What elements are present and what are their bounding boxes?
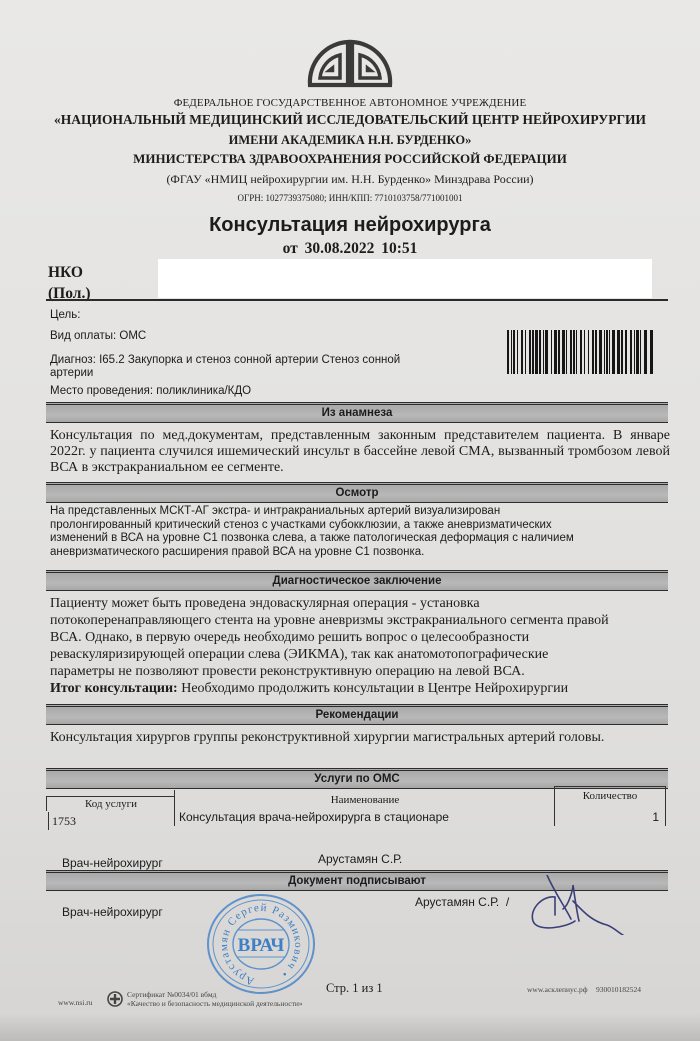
service-qty: 1	[554, 808, 666, 826]
divider	[46, 299, 668, 301]
section-header-conclusion: Диагностическое заключение	[46, 570, 668, 591]
date-prefix: от	[283, 240, 298, 257]
patient-label: НКО (Пол.)	[48, 262, 91, 304]
certificate-line-2: «Качество и безопасность медицинской дея…	[127, 999, 303, 1008]
svg-text:ВРАЧ: ВРАЧ	[238, 935, 285, 956]
place-field: Место проведения: поликлиника/КДО	[50, 385, 251, 398]
result-label: Итог консультации:	[50, 681, 178, 696]
signer-role: Врач-нейрохирург	[62, 905, 163, 919]
document-title: Консультация нейрохирурга	[0, 214, 700, 237]
signer-name: Арустамян С.Р. /	[415, 895, 509, 909]
barcode-icon	[505, 330, 655, 374]
footer-site-left: www.nsi.ru	[58, 998, 93, 1007]
column-header-qty: Количество	[554, 786, 666, 809]
exam-line: аневризматического расширения правой ВСА…	[50, 546, 670, 560]
conclusion-line: Пациенту может быть проведена эндоваскул…	[50, 595, 670, 612]
service-name: Консультация врача-нейрохирурга в стацио…	[174, 808, 555, 826]
column-header-name: Наименование	[174, 790, 555, 808]
date-value: 30.08.2022	[305, 240, 375, 257]
patient-label-1: НКО	[48, 262, 91, 283]
document-date: от 30.08.2022 10:51	[0, 240, 700, 258]
recommendations-text: Консультация хирургов группы реконструкт…	[50, 729, 670, 746]
handwritten-signature	[525, 875, 625, 935]
doctor-role: Врач-нейрохирург	[62, 856, 163, 870]
footer-certificate: Сертификат №0034/01 вбмд «Качество и без…	[127, 990, 303, 1008]
burdenko-logo-icon	[306, 38, 394, 88]
certificate-logo-icon	[107, 991, 123, 1007]
document-page: ФЕДЕРАЛЬНОЕ ГОСУДАРСТВЕННОЕ АВТОНОМНОЕ У…	[0, 0, 700, 1041]
certificate-line-1: Сертификат №0034/01 вбмд	[127, 990, 303, 999]
page-number: Стр. 1 из 1	[326, 981, 383, 996]
conclusion-line: ВСА. Однако, в первую очередь необходимо…	[50, 629, 670, 646]
section-header-recommendations: Рекомендации	[46, 704, 668, 725]
consultation-result: Итог консультации: Необходимо продолжить…	[50, 680, 670, 697]
diagnosis-field: Диагноз: I65.2 Закупорка и стеноз сонной…	[50, 354, 400, 380]
header-line-1: ФЕДЕРАЛЬНОЕ ГОСУДАРСТВЕННОЕ АВТОНОМНОЕ У…	[0, 97, 700, 109]
conclusion-line: параметры не позволяют провести реконстр…	[50, 663, 670, 680]
exam-text: На представленных МСКТ-АГ экстра- и интр…	[50, 505, 670, 559]
anamnesis-text: Консультация по мед.документам, представ…	[50, 428, 670, 476]
footer-site-right: www.асклепиус.рф	[527, 985, 588, 994]
diagnosis-line-2: артерии	[50, 367, 400, 380]
service-code: 1753	[48, 812, 176, 830]
header-line-3: ИМЕНИ АКАДЕМИКА Н.Н. БУРДЕНКО»	[0, 133, 700, 148]
result-text: Необходимо продолжить консультации в Цен…	[181, 681, 568, 696]
payment-field: Вид оплаты: ОМС	[50, 330, 146, 343]
diagnosis-line-1: Диагноз: I65.2 Закупорка и стеноз сонной…	[50, 354, 400, 367]
header-line-4: МИНИСТЕРСТВА ЗДРАВООХРАНЕНИЯ РОССИЙСКОЙ …	[0, 151, 700, 167]
header-ogrn: ОГРН: 1027739375080; ИНН/КПП: 7710103758…	[0, 193, 700, 203]
section-header-exam: Осмотр	[46, 482, 668, 503]
conclusion-line: потокоперенаправляющего стента на уровне…	[50, 612, 670, 629]
redacted-patient-name	[158, 259, 652, 298]
section-header-anamnesis: Из анамнеза	[46, 402, 668, 423]
time-value: 10:51	[381, 240, 417, 257]
goal-field: Цель:	[50, 309, 80, 322]
doctor-name: Арустамян С.Р.	[318, 852, 402, 866]
header-line-2: «НАЦИОНАЛЬНЫЙ МЕДИЦИНСКИЙ ИССЛЕДОВАТЕЛЬС…	[0, 112, 700, 128]
doctor-stamp-icon: ВРАЧ Арустамян Сергей Размикович •	[205, 893, 317, 995]
exam-line: пролонгированный критический стеноз с уч…	[50, 519, 670, 533]
conclusion-line: реваскуляризирующей операции слева (ЭИКМ…	[50, 646, 670, 663]
header-line-5: (ФГАУ «НМИЦ нейрохирургии им. Н.Н. Бурде…	[0, 172, 700, 187]
exam-line: На представленных МСКТ-АГ экстра- и интр…	[50, 505, 670, 519]
exam-line: изменений в ВСА на уровне С1 позвонка сл…	[50, 532, 670, 546]
footer-code: 930010182524	[596, 985, 641, 994]
conclusion-text: Пациенту может быть проведена эндоваскул…	[50, 595, 670, 697]
column-header-code: Код услуги	[46, 796, 175, 811]
